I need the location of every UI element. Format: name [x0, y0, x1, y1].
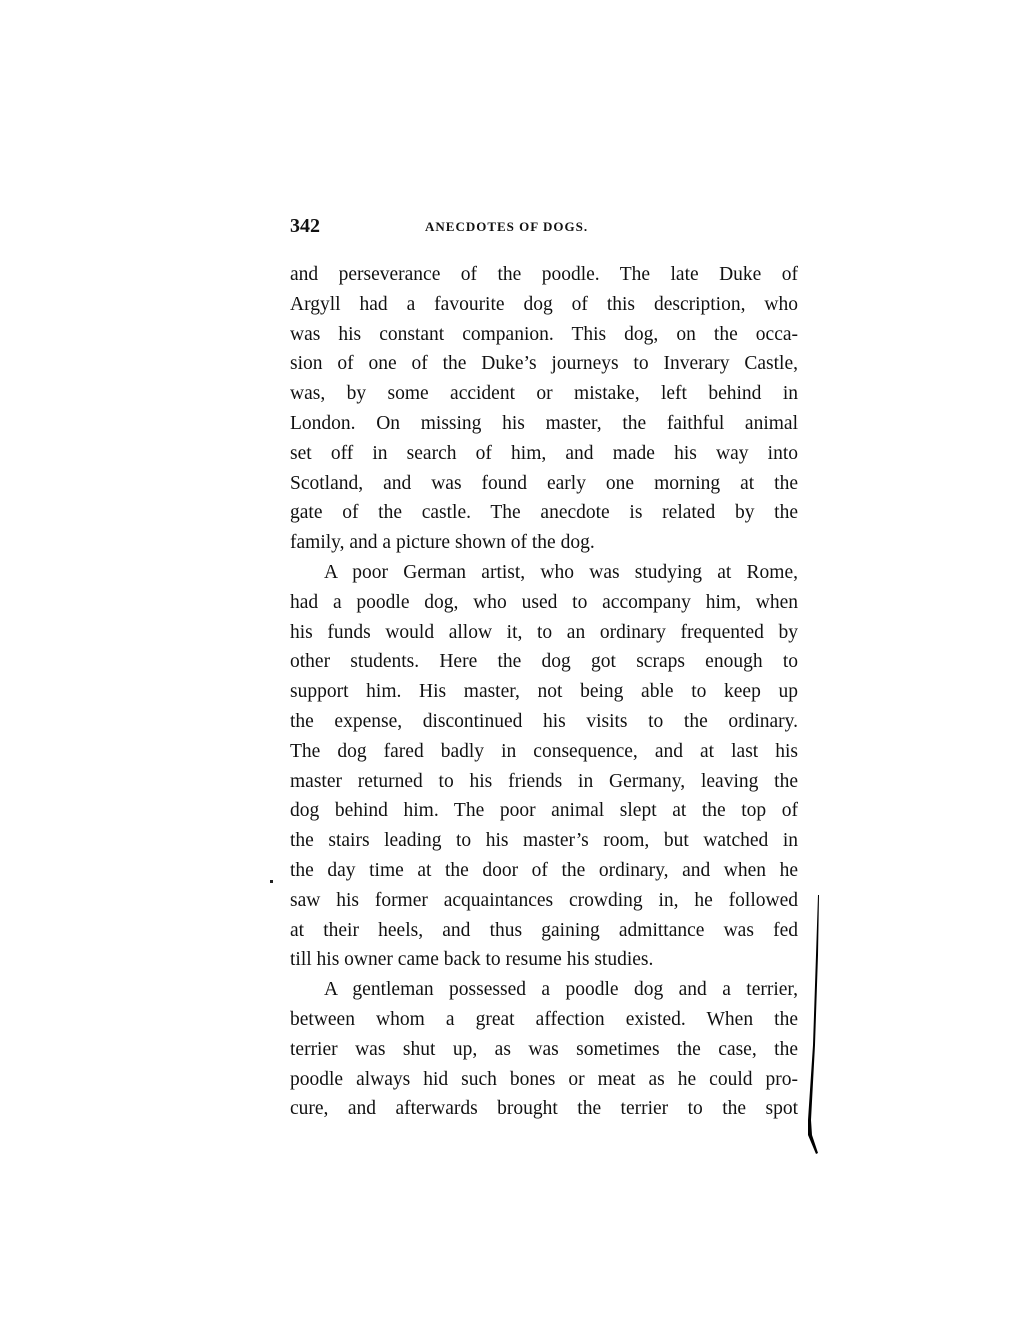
text-line: Argyll had a favourite dog of this descr… [290, 290, 798, 320]
text-line: saw his former acquaintances crowding in… [290, 886, 798, 916]
page-edge-shadow [805, 895, 825, 1155]
text-line: terrier was shut up, as was sometimes th… [290, 1035, 798, 1065]
text-line: the stairs leading to his master’s room,… [290, 826, 798, 856]
paragraph-start-line: A poor German artist, who was studying a… [290, 558, 798, 588]
text-line: cure, and afterwards brought the terrier… [290, 1094, 798, 1124]
text-line: The dog fared badly in consequence, and … [290, 737, 798, 767]
text-line: his funds would allow it, to an ordinary… [290, 618, 798, 648]
scan-speck [270, 880, 273, 883]
text-line: had a poodle dog, who used to accompany … [290, 588, 798, 618]
text-line: Scotland, and was found early one mornin… [290, 469, 798, 499]
paragraph-end-line: family, and a picture shown of the dog. [290, 528, 798, 558]
text-line: was, by some accident or mistake, left b… [290, 379, 798, 409]
text-line: the day time at the door of the ordinary… [290, 856, 798, 886]
text-line: gate of the castle. The anecdote is rela… [290, 498, 798, 528]
text-line: set off in search of him, and made his w… [290, 439, 798, 469]
text-line: London. On missing his master, the faith… [290, 409, 798, 439]
text-line: master returned to his friends in German… [290, 767, 798, 797]
paragraph-start-line: A gentleman possessed a poodle dog and a… [290, 975, 798, 1005]
text-line: poodle always hid such bones or meat as … [290, 1065, 798, 1095]
book-page: 342 ANECDOTES OF DOGS. and perseverance … [0, 0, 1033, 1339]
paragraph-end-line: till his owner came back to resume his s… [290, 945, 798, 975]
text-line: between whom a great affection existed. … [290, 1005, 798, 1035]
text-line: other students. Here the dog got scraps … [290, 647, 798, 677]
text-line: sion of one of the Duke’s journeys to In… [290, 349, 798, 379]
text-line: support him. His master, not being able … [290, 677, 798, 707]
page-header: 342 ANECDOTES OF DOGS. [290, 215, 800, 239]
text-line: at their heels, and thus gaining admitta… [290, 916, 798, 946]
running-head: ANECDOTES OF DOGS. [425, 219, 588, 235]
text-line: was his constant companion. This dog, on… [290, 320, 798, 350]
text-line: dog behind him. The poor animal slept at… [290, 796, 798, 826]
body-text: and perseverance of the poodle. The late… [290, 260, 798, 1124]
text-line: the expense, discontinued his visits to … [290, 707, 798, 737]
page-number: 342 [290, 215, 320, 238]
text-line: and perseverance of the poodle. The late… [290, 260, 798, 290]
